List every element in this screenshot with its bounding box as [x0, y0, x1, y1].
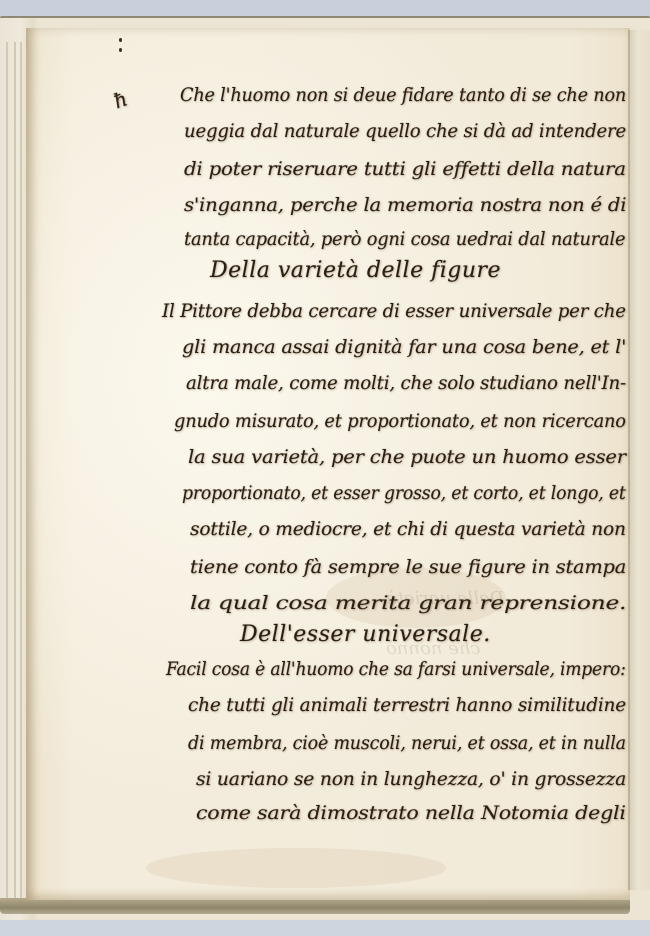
- manuscript-line: si uariano se non in lunghezza, o' in gr…: [196, 768, 626, 790]
- manuscript-line: come sarà dimostrato nella Notomia degli: [196, 802, 626, 824]
- manuscript-line: di membra, cioè muscoli, nerui, et ossa,…: [188, 732, 626, 754]
- page-edge: [6, 42, 8, 904]
- manuscript-line: la sua varietà, per che puote un huomo e…: [188, 446, 626, 468]
- book-bottom-edge: [0, 898, 630, 914]
- manuscript-line: gnudo misurato, et proportionato, et non…: [174, 410, 626, 432]
- page-fold: [628, 30, 630, 890]
- manuscript-line: la qual cosa merita gran reprensione.: [190, 592, 626, 614]
- manuscript-line: gli manca assai dignità far una cosa ben…: [182, 336, 626, 358]
- manuscript-line: ueggia dal naturale quello che si dà ad …: [184, 120, 626, 142]
- page-edge: [14, 42, 16, 904]
- manuscript-line: s'inganna, perche la memoria nostra non …: [184, 194, 626, 216]
- manuscript-line: Il Pittore debba cercare di esser univer…: [162, 300, 626, 322]
- page-edge: [20, 42, 22, 904]
- manuscript-line: Che l'huomo non si deue fidare tanto di …: [180, 84, 626, 106]
- manuscript-line: che tutti gli animali terrestri hanno si…: [188, 694, 626, 716]
- manuscript-line: di poter riseruare tutti gli effetti del…: [184, 158, 626, 180]
- manuscript-line: tanta capacità, però ogni cosa uedrai da…: [184, 228, 625, 250]
- paper-stain: [146, 848, 446, 888]
- manuscript-line: altra male, come molti, che solo studian…: [186, 372, 626, 394]
- manuscript-line: sottile, o mediocre, et chi di questa va…: [190, 518, 626, 540]
- section-heading: Dell'esser universale.: [240, 622, 491, 647]
- manuscript-line: tiene conto fà sempre le sue figure in s…: [190, 556, 626, 578]
- manuscript-line: Facil cosa è all'huomo che sa farsi univ…: [166, 658, 626, 680]
- ink-dots: [119, 38, 123, 56]
- manuscript-line: proportionato, et esser grosso, et corto…: [182, 482, 626, 504]
- facing-page-edge: [630, 30, 650, 890]
- section-heading: Della varietà delle figure: [210, 258, 501, 283]
